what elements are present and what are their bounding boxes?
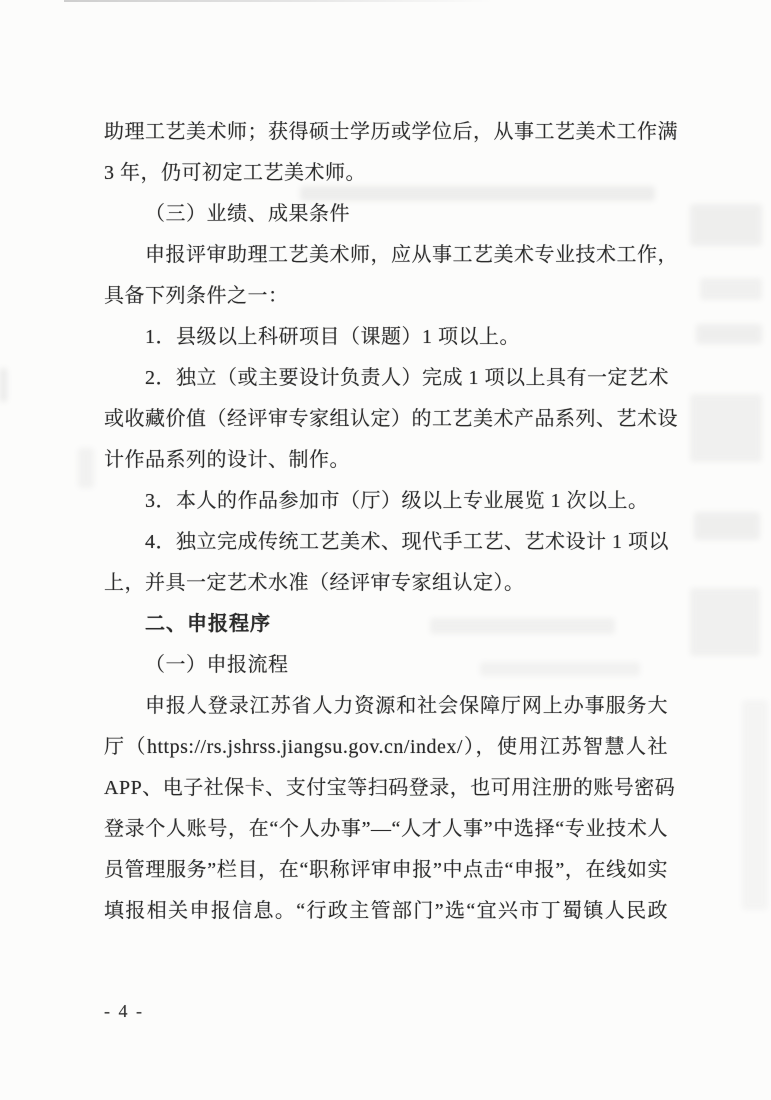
text-line: 登录个人账号，在“个人办事”—“人才人事”中选择“专业技术人 — [104, 809, 668, 850]
text-line: 申报人登录江苏省人力资源和社会保障厅网上办事服务大 — [104, 686, 668, 727]
text-line: （三）业绩、成果条件 — [104, 194, 668, 235]
bleed-through-artifact — [696, 324, 762, 344]
text-line: 1．县级以上科研项目（课题）1 项以上。 — [104, 317, 668, 358]
bleed-through-artifact — [690, 204, 762, 246]
bleed-through-artifact — [700, 278, 762, 300]
bleed-through-artifact — [694, 512, 760, 540]
page-number: - 4 - — [104, 1001, 144, 1022]
document-lines: 助理工艺美术师；获得硕士学历或学位后，从事工艺美术工作满3 年，仍可初定工艺美术… — [104, 112, 668, 932]
text-line: 或收藏价值（经评审专家组认定）的工艺美术产品系列、艺术设 — [104, 399, 668, 440]
scan-edge-artifact — [64, 0, 494, 2]
text-line: （一）申报流程 — [104, 645, 668, 686]
text-line: 2．独立（或主要设计负责人）完成 1 项以上具有一定艺术 — [104, 358, 668, 399]
bleed-through-artifact — [690, 588, 760, 656]
text-line: 4．独立完成传统工艺美术、现代手工艺、艺术设计 1 项以 — [104, 522, 668, 563]
text-line: 上，并具一定艺术水准（经评审专家组认定）。 — [104, 563, 668, 604]
bleed-through-artifact — [690, 394, 762, 462]
bleed-through-artifact — [78, 448, 94, 488]
text-line: APP、电子社保卡、支付宝等扫码登录，也可用注册的账号密码 — [104, 768, 668, 809]
text-line: 二、申报程序 — [104, 604, 668, 645]
text-line: 助理工艺美术师；获得硕士学历或学位后，从事工艺美术工作满 — [104, 112, 668, 153]
scanned-document-page: 助理工艺美术师；获得硕士学历或学位后，从事工艺美术工作满3 年，仍可初定工艺美术… — [0, 0, 771, 1100]
bleed-through-artifact — [742, 700, 768, 910]
text-line: 具备下列条件之一： — [104, 276, 668, 317]
text-line: 申报评审助理工艺美术师，应从事工艺美术专业技术工作， — [104, 235, 668, 276]
text-line: 3．本人的作品参加市（厅）级以上专业展览 1 次以上。 — [104, 481, 668, 522]
text-line: 填报相关申报信息。“行政主管部门”选“宜兴市丁蜀镇人民政 — [104, 891, 668, 932]
text-line: 3 年，仍可初定工艺美术师。 — [104, 153, 668, 194]
text-line: 计作品系列的设计、制作。 — [104, 440, 668, 481]
bleed-through-artifact — [0, 368, 7, 402]
text-line: 员管理服务”栏目，在“职称评审申报”中点击“申报”，在线如实 — [104, 850, 668, 891]
text-line: 厅（https://rs.jshrss.jiangsu.gov.cn/index… — [104, 727, 668, 768]
